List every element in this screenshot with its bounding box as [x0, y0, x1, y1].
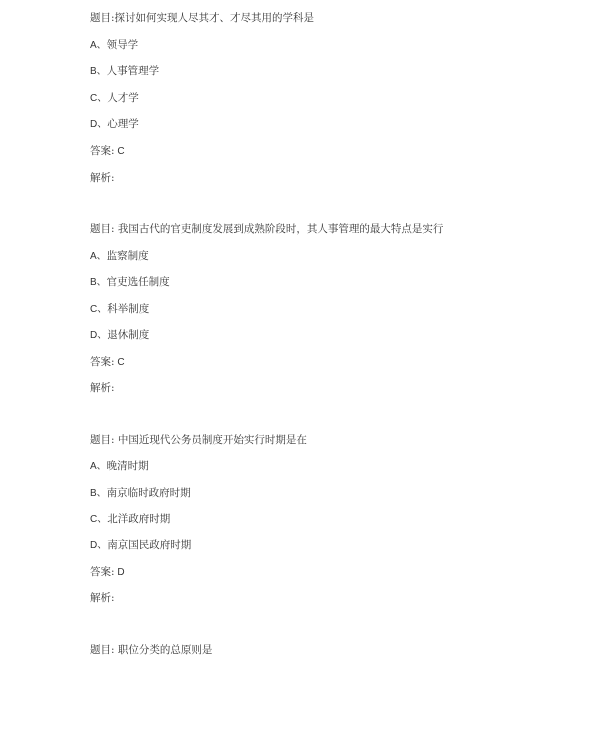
option-letter: A、: [90, 40, 107, 51]
option-letter: A、: [90, 251, 107, 262]
question-stem: 题目: 中国近现代公务员制度开始实行时期是在: [90, 433, 307, 447]
answer-value: D: [115, 567, 125, 578]
stem-text: 探讨如何实现人尽其才、才尽其用的学科是: [115, 12, 315, 24]
question-stem: 题目: 职位分类的总原则是: [90, 643, 212, 657]
answer: 答案: C: [90, 144, 125, 158]
option-c: C、科举制度: [90, 302, 149, 316]
stem-label: 题目:: [90, 644, 118, 656]
analysis-label: 解析:: [90, 592, 115, 604]
option-d: D、心理学: [90, 117, 139, 131]
question-stem: 题目: 我国古代的官吏制度发展到成熟阶段时，其人事管理的最大特点是实行: [90, 222, 443, 236]
stem-label: 题目:: [90, 434, 118, 446]
option-letter: D、: [90, 119, 107, 130]
stem-label: 题目:: [90, 223, 118, 235]
option-text: 监察制度: [107, 250, 149, 262]
option-c: C、人才学: [90, 91, 139, 105]
answer-label: 答案:: [90, 356, 115, 368]
option-b: B、官吏选任制度: [90, 275, 170, 289]
option-a: A、监察制度: [90, 249, 149, 263]
option-letter: B、: [90, 66, 107, 77]
option-text: 南京国民政府时期: [107, 539, 191, 551]
analysis: 解析:: [90, 381, 115, 395]
option-letter: A、: [90, 461, 107, 472]
option-letter: B、: [90, 277, 107, 288]
option-letter: B、: [90, 488, 107, 499]
option-text: 官吏选任制度: [107, 276, 170, 288]
analysis-label: 解析:: [90, 172, 115, 184]
analysis: 解析:: [90, 591, 115, 605]
option-a: A、领导学: [90, 38, 138, 52]
option-b: B、人事管理学: [90, 64, 159, 78]
answer-value: C: [115, 146, 125, 157]
option-letter: D、: [90, 540, 107, 551]
option-text: 人才学: [107, 92, 139, 104]
stem-text: 中国近现代公务员制度开始实行时期是在: [118, 434, 307, 446]
option-letter: C、: [90, 514, 107, 525]
option-letter: D、: [90, 330, 107, 341]
analysis: 解析:: [90, 171, 115, 185]
option-b: B、南京临时政府时期: [90, 486, 191, 500]
option-text: 科举制度: [107, 303, 149, 315]
option-a: A、晚清时期: [90, 459, 149, 473]
answer-label: 答案:: [90, 566, 115, 578]
stem-text: 职位分类的总原则是: [118, 644, 213, 656]
option-d: D、南京国民政府时期: [90, 538, 191, 552]
option-text: 晚清时期: [107, 460, 149, 472]
stem-label: 题目:: [90, 12, 115, 24]
option-letter: C、: [90, 93, 107, 104]
answer-value: C: [115, 357, 125, 368]
option-c: C、北洋政府时期: [90, 512, 170, 526]
option-text: 退休制度: [107, 329, 149, 341]
question-stem: 题目:探讨如何实现人尽其才、才尽其用的学科是: [90, 11, 314, 25]
option-text: 人事管理学: [107, 65, 160, 77]
option-d: D、退休制度: [90, 328, 149, 342]
option-text: 心理学: [107, 118, 139, 130]
answer-label: 答案:: [90, 145, 115, 157]
stem-text: 我国古代的官吏制度发展到成熟阶段时，其人事管理的最大特点是实行: [118, 223, 444, 235]
analysis-label: 解析:: [90, 382, 115, 394]
option-text: 北洋政府时期: [107, 513, 170, 525]
option-text: 南京临时政府时期: [107, 487, 191, 499]
answer: 答案: C: [90, 355, 125, 369]
option-text: 领导学: [107, 39, 139, 51]
answer: 答案: D: [90, 565, 125, 579]
option-letter: C、: [90, 304, 107, 315]
